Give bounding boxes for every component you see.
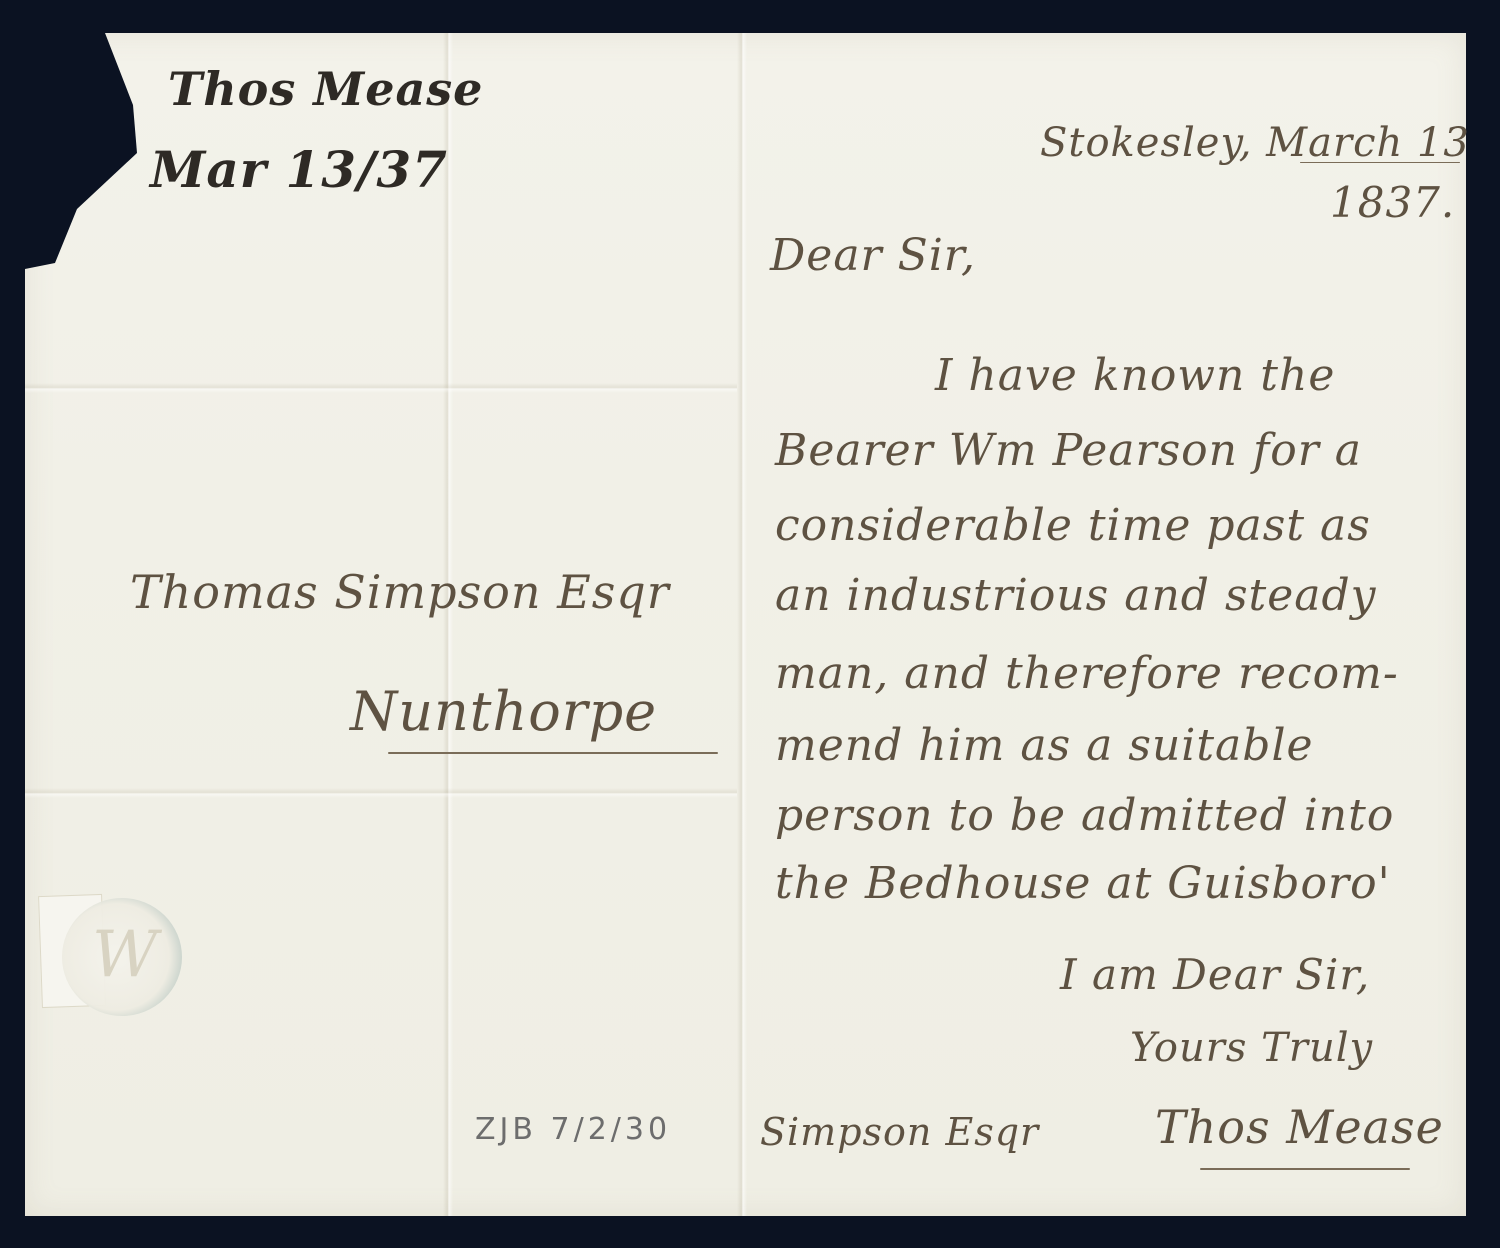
letter-place-date: Stokesley, March 13 xyxy=(1040,120,1470,166)
letter-body-line-6: mend him as a suitable xyxy=(775,720,1314,771)
letter-signature: Thos Mease xyxy=(1155,1100,1444,1154)
letter-body-line-4: an industrious and steady xyxy=(775,570,1377,621)
fold-line-vertical-1 xyxy=(443,33,453,1216)
letter-year: 1837. xyxy=(1330,178,1455,227)
docket-date: Mar 13/37 xyxy=(150,140,448,199)
date-rule xyxy=(1300,162,1460,163)
letter-salutation: Dear Sir, xyxy=(770,230,976,281)
letter-body-line-2: Bearer Wm Pearson for a xyxy=(775,425,1362,476)
address-place: Nunthorpe xyxy=(350,680,657,743)
signature-underline xyxy=(1200,1168,1410,1170)
fold-line-horizontal-2 xyxy=(25,788,737,798)
address-recipient: Thomas Simpson Esqr xyxy=(130,565,670,619)
seal-monogram: W xyxy=(92,918,158,992)
address-underline xyxy=(388,752,718,754)
archive-reference: ZJB 7/2/30 xyxy=(475,1112,671,1147)
letter-body-line-3: considerable time past as xyxy=(775,500,1371,551)
fold-line-vertical-2 xyxy=(737,33,747,1216)
fold-line-horizontal-1 xyxy=(25,383,737,393)
letter-closing-2: Yours Truly xyxy=(1130,1025,1373,1071)
letter-addressee-footer: Simpson Esqr xyxy=(760,1110,1039,1154)
letter-body-line-1: I have known the xyxy=(935,350,1335,401)
docket-name: Thos Mease xyxy=(168,62,483,116)
letter-body-line-5: man, and therefore recom- xyxy=(775,648,1399,699)
letter-body-line-8: the Bedhouse at Guisboro' xyxy=(775,858,1391,909)
letter-closing-1: I am Dear Sir, xyxy=(1060,950,1370,999)
letter-body-line-7: person to be admitted into xyxy=(775,790,1394,841)
